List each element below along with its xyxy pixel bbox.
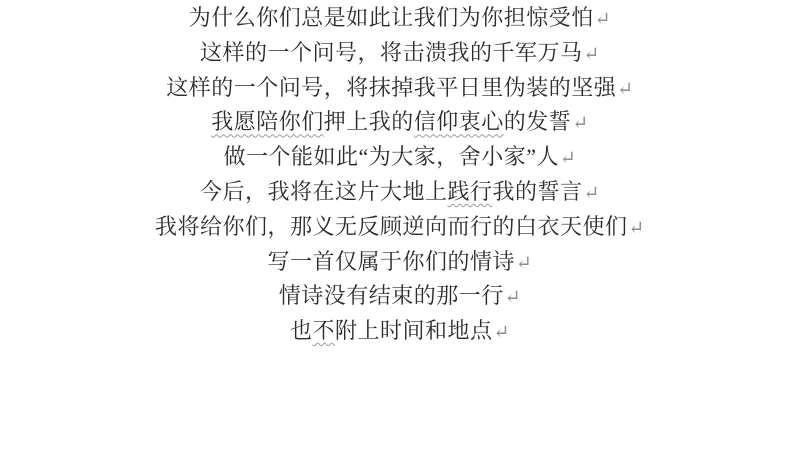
line-text: 也 (290, 318, 313, 343)
line-text: 我将给你们，那义无反顾逆向而行的白衣天使们 (155, 214, 628, 239)
line-text: 做一个能如此“为大家，舍小家”人 (224, 144, 560, 169)
line-text-spellcheck: 践行 (448, 179, 493, 204)
return-mark: ↵ (617, 79, 633, 100)
return-mark: ↵ (629, 218, 645, 239)
line-text: 的发誓 (504, 109, 572, 134)
poem-line-7: 我将给你们，那义无反顾逆向而行的白衣天使们↵ (0, 210, 800, 245)
return-mark: ↵ (584, 44, 600, 65)
line-text: 情诗没有结束的那一行 (279, 283, 504, 308)
line-text: 我的誓言 (493, 179, 583, 204)
poem-line-8: 写一首仅属于你们的情诗↵ (0, 245, 800, 280)
poem-line-2: 这样的一个问号，将击溃我的千军万马↵ (0, 36, 800, 71)
line-text: 写一首仅属于你们的情诗 (268, 249, 516, 274)
return-mark: ↵ (595, 9, 611, 30)
line-text: 附上时间和地点 (335, 318, 493, 343)
poem-line-9: 情诗没有结束的那一行↵ (0, 279, 800, 314)
poem-line-6: 今后，我将在这片大地上践行我的誓言↵ (0, 175, 800, 210)
document-canvas: 为什么你们总是如此让我们为你担惊受怕↵ 这样的一个问号，将击溃我的千军万马↵ 这… (0, 0, 800, 467)
poem-line-5: 做一个能如此“为大家，舍小家”人↵ (0, 140, 800, 175)
return-mark: ↵ (494, 322, 510, 343)
line-text-spellcheck: 我愿陪你们 (211, 109, 324, 134)
line-text: 这样的一个问号，将抹掉我平日里伪装的坚强 (166, 75, 616, 100)
poem-line-10: 也不附上时间和地点↵ (0, 314, 800, 349)
line-text: 为什么你们总是如此让我们为你担惊受怕 (189, 5, 594, 30)
poem-line-3: 这样的一个问号，将抹掉我平日里伪装的坚强↵ (0, 71, 800, 106)
document-page: 为什么你们总是如此让我们为你担惊受怕↵ 这样的一个问号，将击溃我的千军万马↵ 这… (0, 0, 800, 349)
line-text-spellcheck: 不 (313, 318, 336, 343)
return-mark: ↵ (584, 183, 600, 204)
line-text-spellcheck: 信仰衷心 (414, 109, 504, 134)
line-text: 这样的一个问号，将击溃我的千军万马 (200, 40, 583, 65)
return-mark: ↵ (572, 113, 588, 134)
return-mark: ↵ (505, 287, 521, 308)
line-text: 押上我的 (324, 109, 414, 134)
poem-line-4: 我愿陪你们押上我的信仰衷心的发誓↵ (0, 105, 800, 140)
return-mark: ↵ (560, 148, 576, 169)
poem-line-1: 为什么你们总是如此让我们为你担惊受怕↵ (0, 1, 800, 36)
return-mark: ↵ (516, 253, 532, 274)
line-text: 今后，我将在这片大地上 (200, 179, 448, 204)
